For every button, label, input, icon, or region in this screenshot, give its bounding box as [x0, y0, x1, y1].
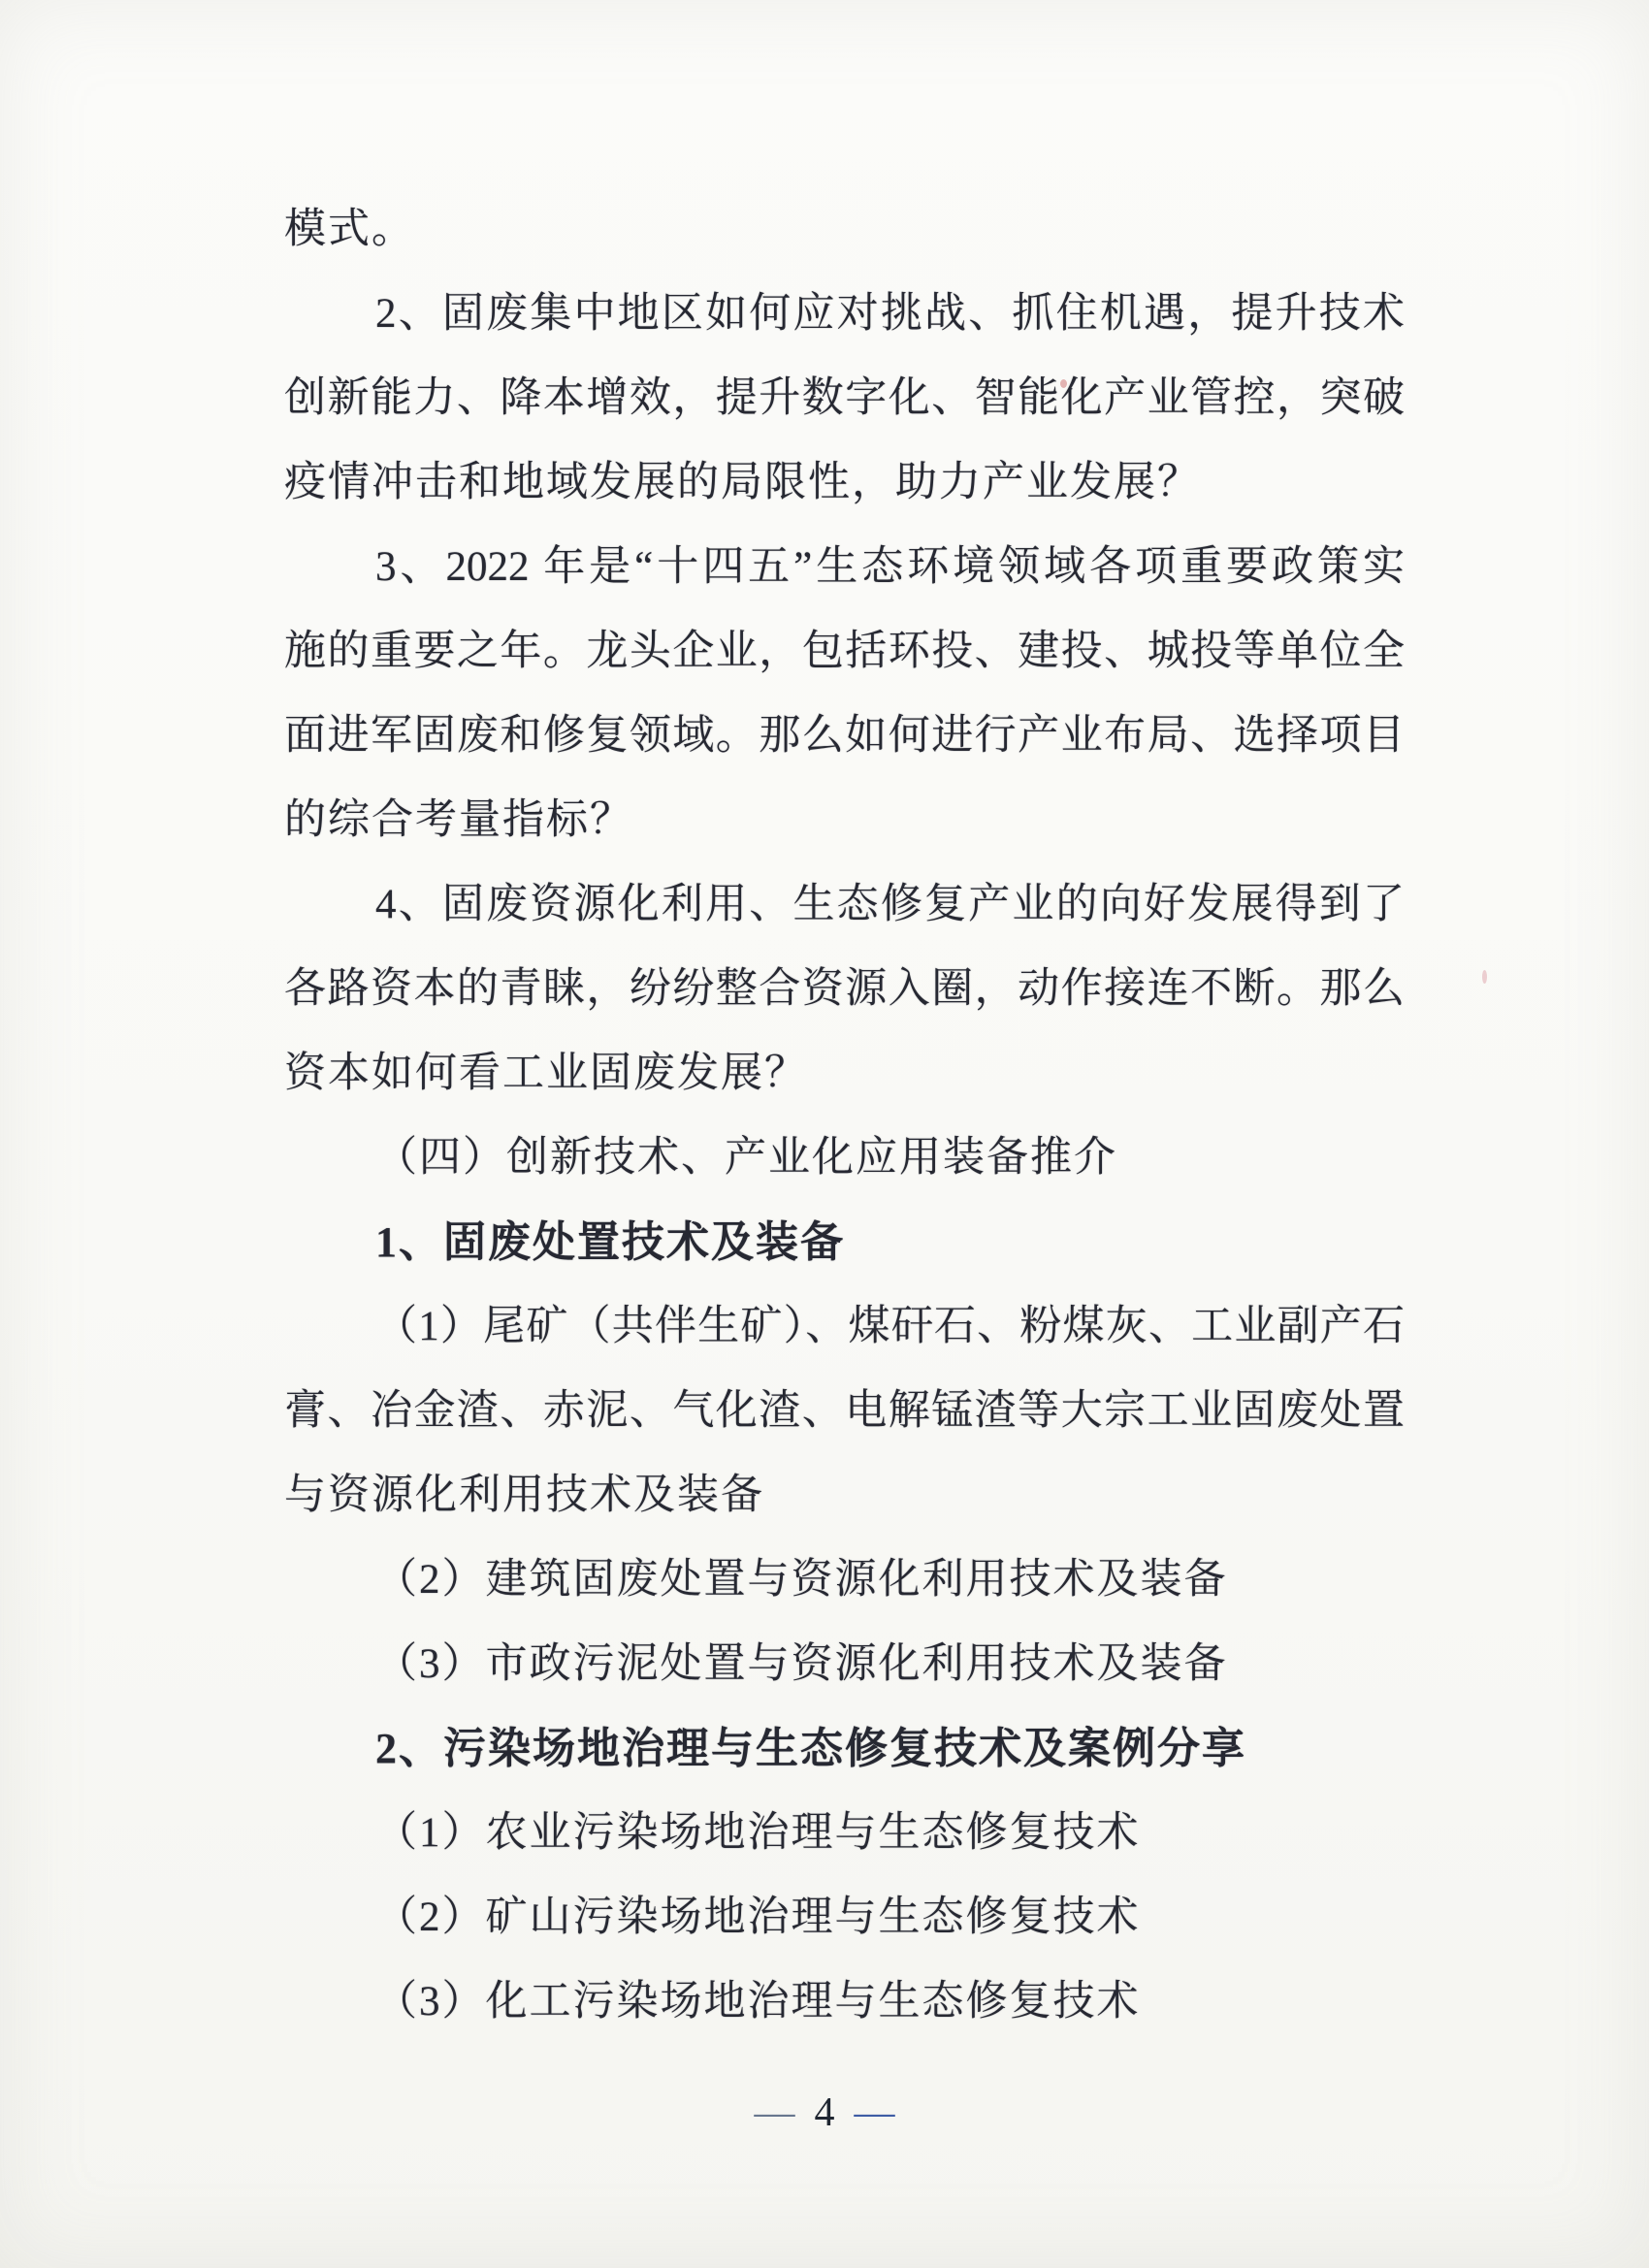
scan-artifact — [1482, 970, 1487, 984]
text-line: （2）矿山污染场地治理与生态修复技术 — [284, 1875, 1405, 1960]
text-line: （四）创新技术、产业化应用装备推介 — [284, 1116, 1405, 1200]
text-line: 2、固废集中地区如何应对挑战、抓住机遇，提升技术 — [284, 272, 1405, 356]
page-number: 4 — [815, 2090, 835, 2135]
footer-dash-left: — — [755, 2090, 795, 2135]
text-line: 3、2022 年是“十四五”生态环境领域各项重要政策实 — [284, 525, 1405, 609]
scan-artifact — [1060, 379, 1067, 388]
text-line: （3）市政污泥处置与资源化利用技术及装备 — [284, 1622, 1405, 1706]
document-page: 模式。 2、固废集中地区如何应对挑战、抓住机遇，提升技术 创新能力、降本增效，提… — [0, 0, 1649, 2268]
text-line: 的综合考量指标？ — [284, 778, 1405, 862]
page-footer: —4— — [0, 2084, 1649, 2142]
text-line: （2）建筑固废处置与资源化利用技术及装备 — [284, 1538, 1405, 1622]
text-line: 膏、冶金渣、赤泥、气化渣、电解锰渣等大宗工业固废处置 — [284, 1369, 1405, 1453]
text-line: （3）化工污染场地治理与生态修复技术 — [284, 1960, 1405, 2044]
section-heading: 1、固废处置技术及装备 — [284, 1200, 1405, 1284]
text-line: （1）农业污染场地治理与生态修复技术 — [284, 1791, 1405, 1875]
document-body: 模式。 2、固废集中地区如何应对挑战、抓住机遇，提升技术 创新能力、降本增效，提… — [284, 187, 1405, 2044]
text-line: （1）尾矿（共伴生矿）、煤矸石、粉煤灰、工业副产石 — [284, 1284, 1405, 1369]
text-line: 与资源化利用技术及装备 — [284, 1453, 1405, 1538]
text-line: 资本如何看工业固废发展？ — [284, 1031, 1405, 1116]
text-line: 模式。 — [284, 187, 1405, 272]
text-line: 疫情冲击和地域发展的局限性，助力产业发展？ — [284, 440, 1405, 525]
footer-dash-right: — — [855, 2090, 895, 2135]
section-heading: 2、污染场地治理与生态修复技术及案例分享 — [284, 1706, 1405, 1791]
text-line: 4、固废资源化利用、生态修复产业的向好发展得到了 — [284, 862, 1405, 947]
text-line: 面进军固废和修复领域。那么如何进行产业布局、选择项目 — [284, 694, 1405, 778]
text-line: 施的重要之年。龙头企业，包括环投、建投、城投等单位全 — [284, 609, 1405, 694]
text-line: 各路资本的青睐，纷纷整合资源入圈，动作接连不断。那么 — [284, 947, 1405, 1031]
text-line: 创新能力、降本增效，提升数字化、智能化产业管控，突破 — [284, 356, 1405, 440]
